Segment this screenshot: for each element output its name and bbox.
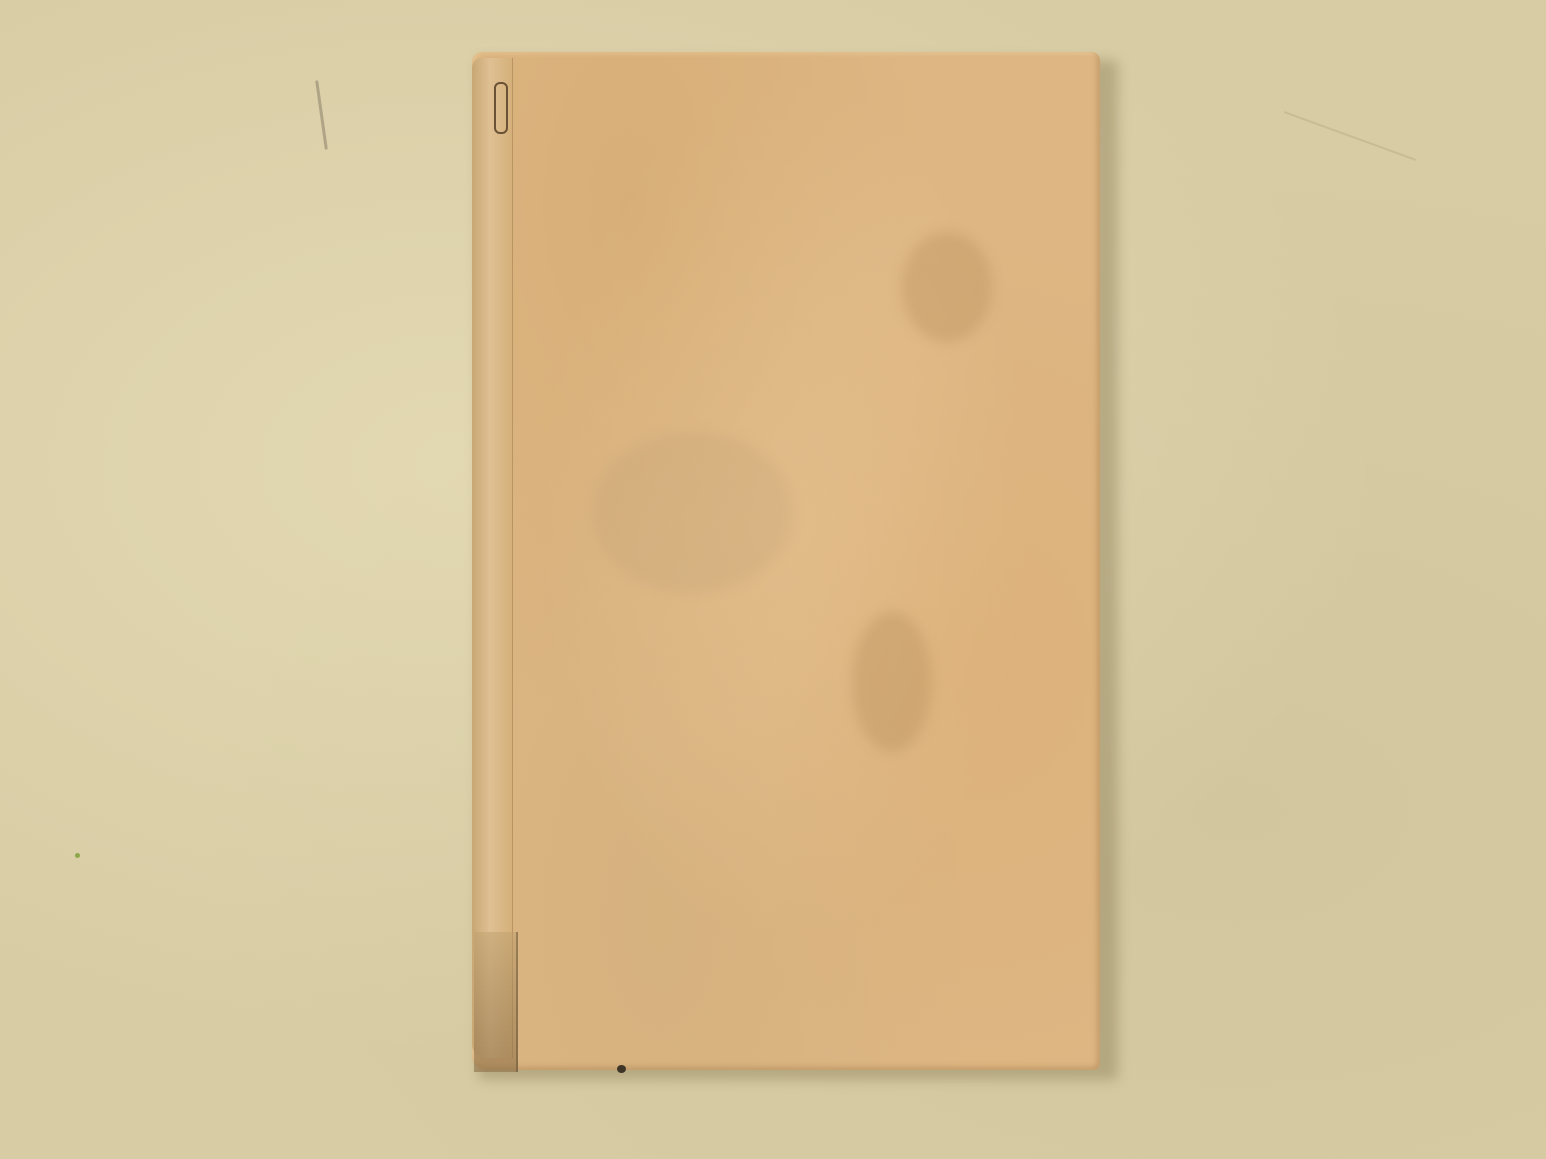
book-spine <box>472 58 513 1058</box>
cover-stain <box>902 232 992 342</box>
book-cover: Vellum-bound book, front cover <box>472 52 1100 1070</box>
spine-tear-top <box>494 82 508 134</box>
background-green-speck <box>75 853 80 858</box>
spine-damage-bottom <box>474 932 518 1072</box>
ink-spot <box>617 1065 626 1073</box>
cover-stain <box>592 432 792 592</box>
cover-stain <box>852 612 932 752</box>
